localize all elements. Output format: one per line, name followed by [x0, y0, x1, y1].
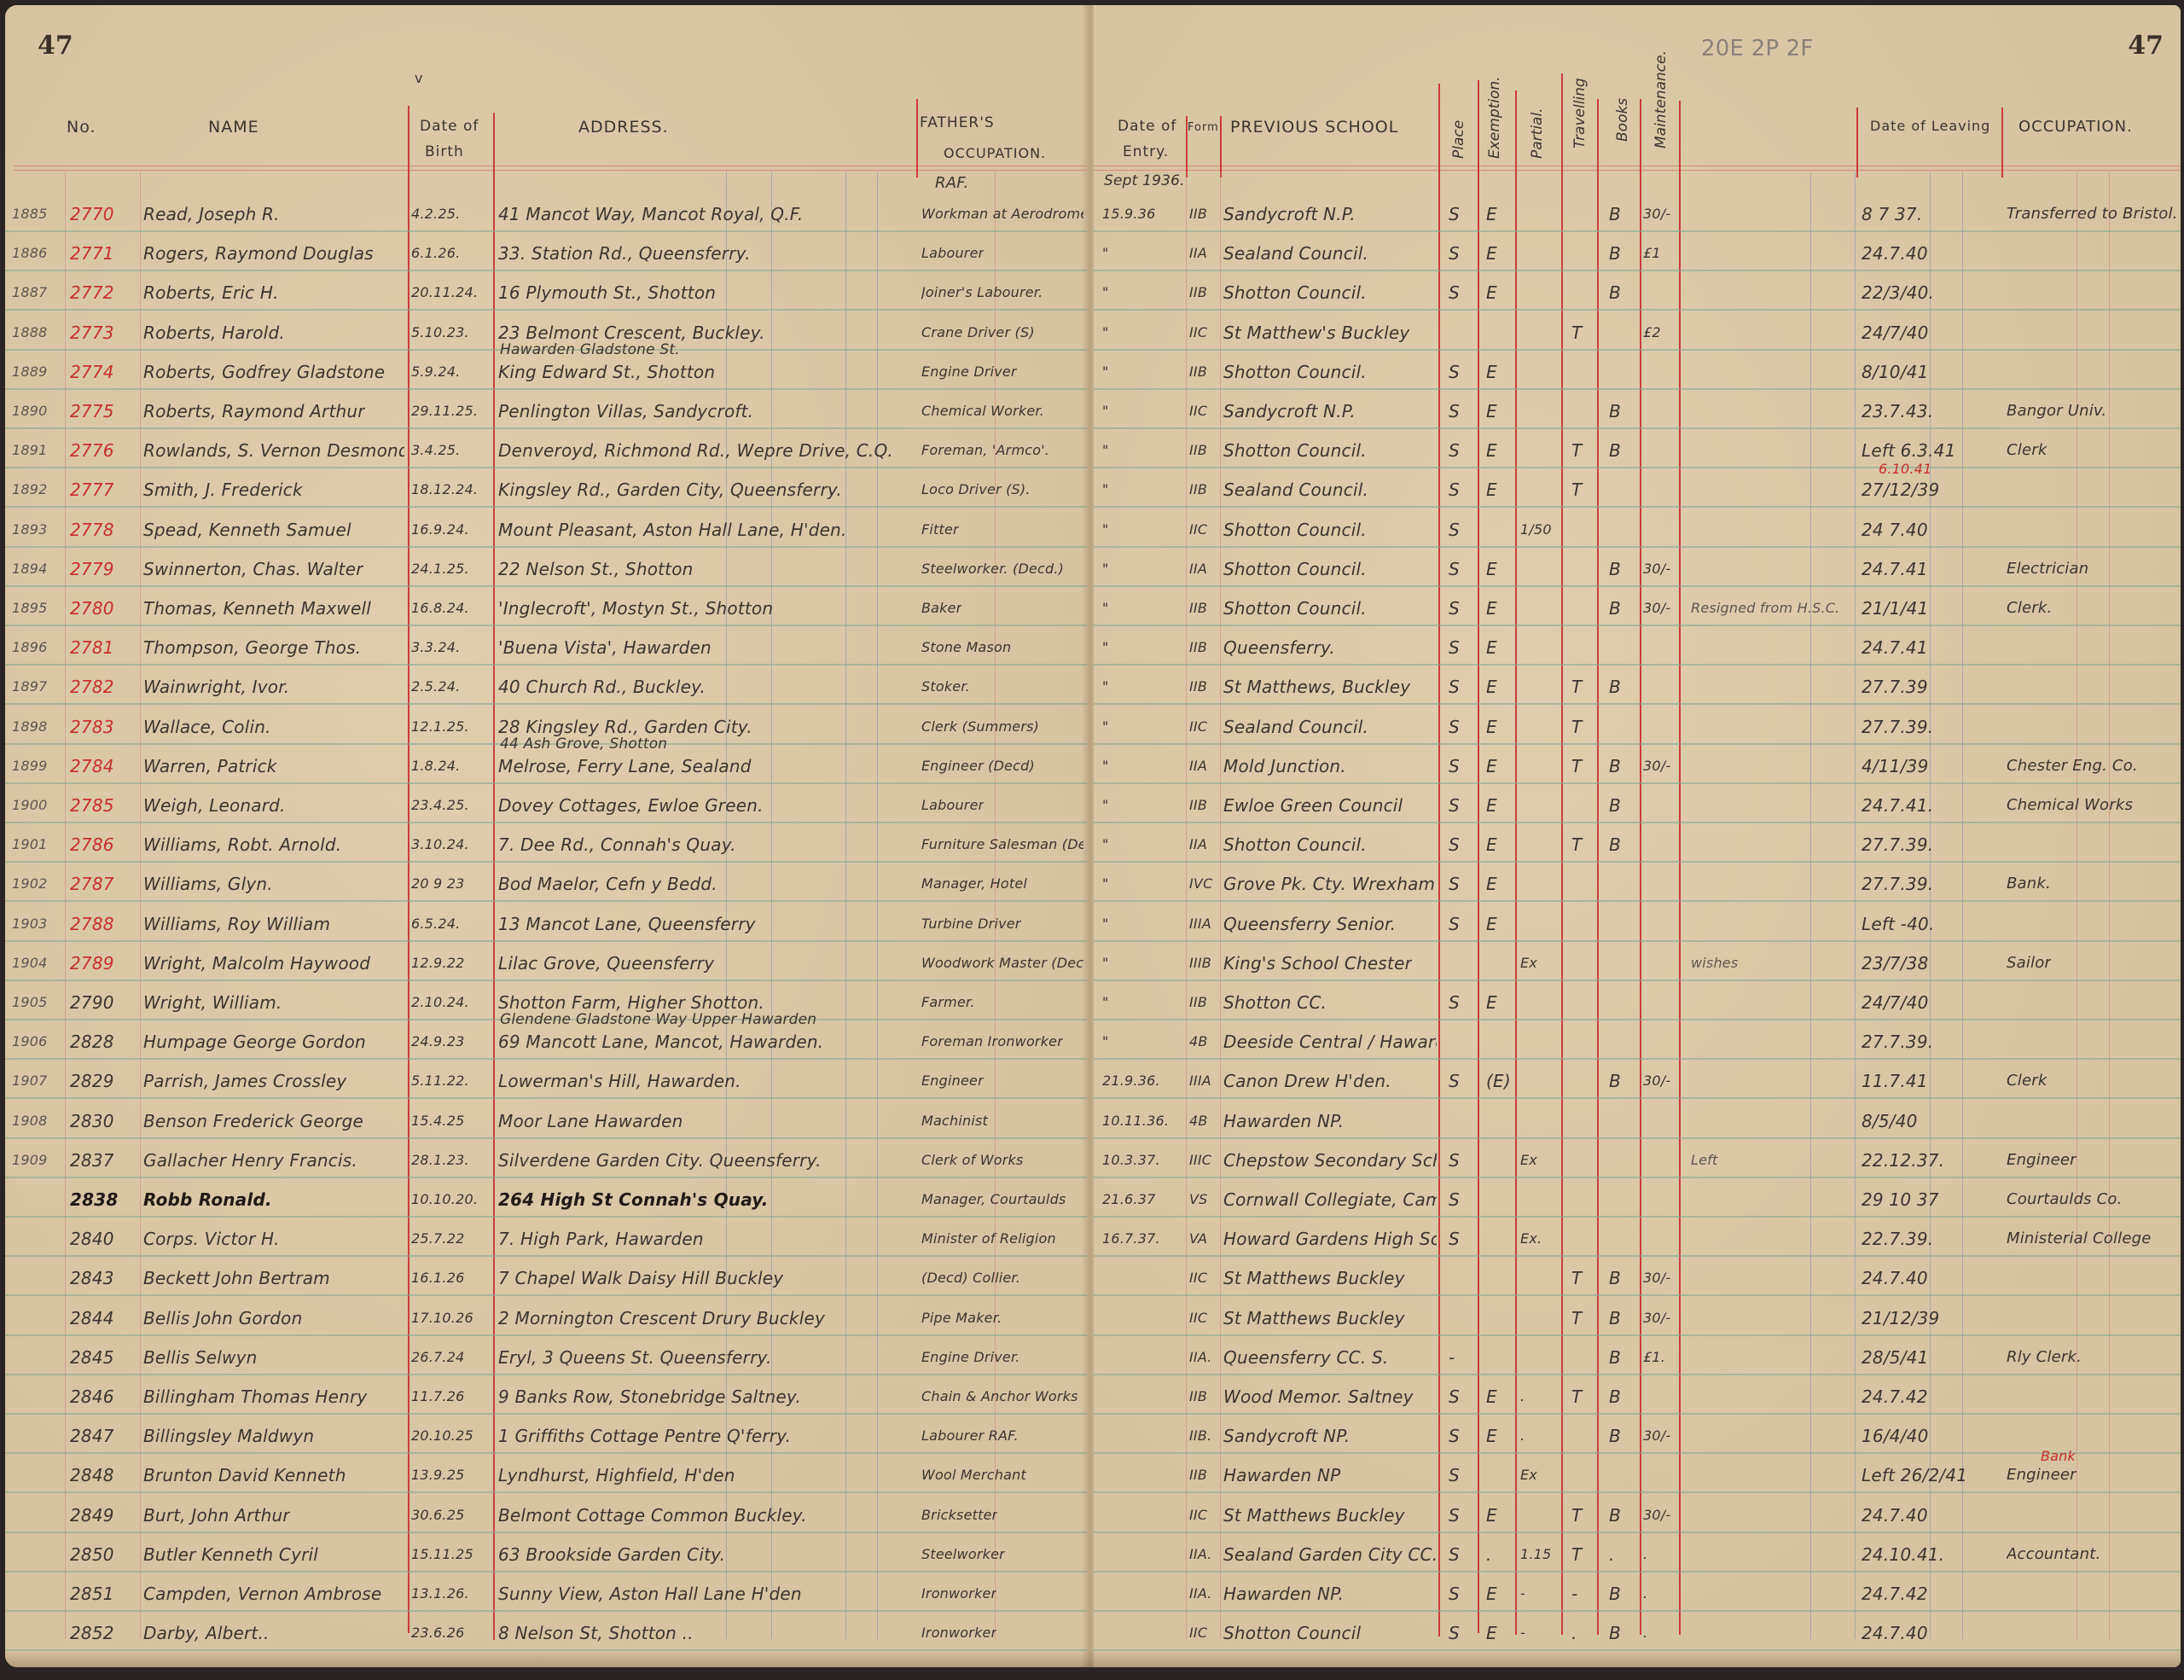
date-of-leaving: 27.7.39.	[1862, 864, 1933, 904]
form: IIA	[1189, 825, 1207, 864]
books-mark: B	[1609, 392, 1621, 431]
admission-number: 2774	[70, 352, 114, 392]
pupil-address: Lilac Grove, Queensferry	[498, 944, 714, 983]
place-mark: S	[1449, 589, 1460, 628]
register-row-right: "IICSealand Council.SET27.7.39.	[1094, 707, 2181, 747]
date-of-entry: 10.11.36.	[1102, 1102, 1169, 1141]
previous-school: Mold Junction.	[1223, 747, 1346, 786]
register-row-right: "IIBEwloe Green CouncilSEB24.7.41.Chemic…	[1094, 786, 2181, 825]
pupil-name: Rowlands, S. Vernon Desmond	[143, 431, 404, 470]
date-of-birth: 24.1.25.	[411, 549, 469, 589]
partial-mark: -	[1520, 1613, 1525, 1653]
father-occupation: Ironworker	[921, 1613, 996, 1653]
travelling-mark: T	[1571, 1496, 1582, 1535]
date-of-entry: "	[1102, 510, 1109, 549]
exemption-mark: E	[1486, 864, 1497, 904]
date-of-leaving: 21/1/41	[1862, 589, 1929, 628]
exemption-mark: E	[1486, 667, 1497, 706]
books-mark: B	[1609, 1299, 1621, 1338]
father-occupation: Stoker.	[921, 667, 970, 706]
header-date-leaving: Date of Leaving	[1870, 118, 1990, 134]
books-mark: B	[1609, 667, 1621, 706]
register-row-right: IICShotton CouncilSE-.B.24.7.40	[1094, 1613, 2181, 1653]
travelling-mark: T	[1571, 1259, 1582, 1298]
date-of-leaving: 23.7.43.	[1862, 392, 1933, 431]
pupil-name: Beckett John Bertram	[143, 1259, 330, 1298]
admission-number: 2788	[70, 904, 114, 944]
pupil-address: 1 Griffiths Cottage Pentre Q'ferry.	[498, 1416, 791, 1456]
admission-number: 2786	[70, 825, 114, 864]
header-entry-2: Entry.	[1123, 143, 1169, 160]
admission-number: 2840	[70, 1219, 114, 1259]
place-mark: S	[1449, 234, 1460, 273]
father-occupation: Labourer	[921, 786, 984, 825]
date-of-leaving: 8/10/41	[1862, 352, 1929, 392]
header-travelling: Travelling	[1571, 78, 1589, 148]
row-index: 1899	[12, 747, 48, 786]
exemption-mark: (E)	[1486, 1061, 1511, 1101]
pupil-address: 33. Station Rd., Queensferry.	[498, 234, 751, 273]
pupil-name: Bellis John Gordon	[143, 1299, 302, 1338]
previous-school: Ewloe Green Council	[1223, 786, 1403, 825]
maintenance-amount: 30/-	[1643, 747, 1670, 786]
date-of-leaving: 24 7.40	[1862, 510, 1928, 549]
pupil-address: Denveroyd, Richmond Rd., Wepre Drive, C.…	[498, 431, 893, 470]
admission-number: 2782	[70, 667, 114, 706]
place-mark: S	[1449, 510, 1460, 549]
register-row-right: IIA.Sealand Garden City CC.S.1.15T..24.1…	[1094, 1535, 2181, 1574]
place-mark: S	[1449, 392, 1460, 431]
right-page: 47 20E 2P 2F Date of Entry. Form PREVIOU…	[1094, 5, 2181, 1667]
subsequent-occupation: Accountant.	[2007, 1535, 2100, 1574]
header-no: No.	[67, 118, 96, 137]
date-of-entry: "	[1102, 983, 1109, 1022]
maintenance-amount: .	[1643, 1574, 1647, 1613]
books-mark: B	[1609, 1416, 1621, 1456]
remarks-note: wishes	[1691, 944, 1738, 983]
date-of-birth: 12.1.25.	[411, 707, 469, 747]
exemption-mark: E	[1486, 904, 1497, 944]
place-mark: S	[1449, 195, 1460, 234]
date-of-birth: 29.11.25.	[411, 392, 478, 431]
father-occupation: Machinist	[921, 1102, 988, 1141]
row-index: 1898	[12, 707, 48, 747]
date-of-birth: 17.10.26	[411, 1299, 473, 1338]
pupil-address: 40 Church Rd., Buckley.	[498, 667, 706, 706]
pupil-name: Butler Kenneth Cyril	[143, 1535, 318, 1574]
maintenance-amount: .	[1643, 1613, 1647, 1653]
previous-school: Shotton Council.	[1223, 589, 1367, 628]
register-row-right: "IIAShotton Council.SETB27.7.39.	[1094, 825, 2181, 864]
partial-mark: Ex.	[1520, 1219, 1542, 1259]
exemption-mark: .	[1486, 1535, 1492, 1574]
date-of-leaving: Left 26/2/41	[1862, 1456, 1967, 1495]
maintenance-amount: 30/-	[1643, 589, 1670, 628]
place-mark: S	[1449, 1219, 1460, 1259]
father-occupation: Chain & Anchor Works	[921, 1377, 1078, 1416]
register-book: 47 v No. NAME Date of Birth ADDRESS. FAT…	[5, 5, 2181, 1667]
header-dob-1: Date of	[420, 118, 479, 135]
form: IIC	[1189, 510, 1207, 549]
form: IIB	[1189, 352, 1207, 392]
pupil-address: 41 Mancot Way, Mancot Royal, Q.F.	[498, 195, 803, 234]
place-mark: S	[1449, 1416, 1460, 1456]
page-number-right: 47	[2128, 31, 2164, 61]
previous-school: St Matthews Buckley	[1223, 1299, 1405, 1338]
admission-number: 2771	[70, 234, 114, 273]
exemption-mark: E	[1486, 1416, 1497, 1456]
address-amendment: 44 Ash Grove, Shotton	[500, 724, 667, 764]
date-of-leaving: 24.7.42	[1862, 1574, 1928, 1613]
remarks-note: Left	[1691, 1141, 1717, 1180]
subsequent-occupation: Sailor	[2007, 944, 2051, 983]
previous-school: St Matthews, Buckley	[1223, 667, 1410, 706]
subsequent-occupation: Chester Eng. Co.	[2007, 747, 2138, 786]
row-index: 1896	[12, 628, 48, 667]
pupil-address: 8 Nelson St, Shotton ..	[498, 1613, 694, 1653]
partial-mark: 1.15	[1520, 1535, 1551, 1574]
place-mark: S	[1449, 1496, 1460, 1535]
place-mark: S	[1449, 667, 1460, 706]
date-of-entry: "	[1102, 352, 1109, 392]
date-of-birth: 12.9.22	[411, 944, 464, 983]
subsequent-occupation: Ministerial College	[2007, 1219, 2152, 1259]
books-mark: B	[1609, 234, 1621, 273]
date-of-leaving: 24/7/40	[1862, 983, 1929, 1022]
header-exemption: Exemption.	[1486, 76, 1503, 159]
admission-number: 2843	[70, 1259, 114, 1298]
pupil-name: Wright, William.	[143, 983, 282, 1022]
register-row-right: 10.3.37.IIICChepstow Secondary Sch.SExLe…	[1094, 1141, 2181, 1180]
date-of-birth: 5.10.23.	[411, 313, 469, 352]
date-of-birth: 16.1.26	[411, 1259, 464, 1298]
form: IIB.	[1189, 1416, 1211, 1456]
pupil-name: Thompson, George Thos.	[143, 628, 361, 667]
admission-number: 2850	[70, 1535, 114, 1574]
books-mark: B	[1609, 1377, 1621, 1416]
father-occupation: Loco Driver (S).	[921, 470, 1031, 509]
father-occupation: Clerk (Summers)	[921, 707, 1039, 747]
register-row-left: 18862771Rogers, Raymond Douglas6.1.26.33…	[5, 234, 1087, 273]
date-of-birth: 5.9.24.	[411, 352, 460, 392]
father-occupation: Steelworker	[921, 1535, 1005, 1574]
form: IIA	[1189, 549, 1207, 589]
register-row-left: 2846Billingham Thomas Henry11.7.269 Bank…	[5, 1377, 1087, 1416]
register-row-right: 21.9.36.IIIACanon Drew H'den.S(E)B30/-11…	[1094, 1061, 2181, 1101]
date-of-entry: "	[1102, 944, 1109, 983]
date-of-birth: 18.12.24.	[411, 470, 478, 509]
register-row-right: IICSt Matthews BuckleyTB30/-24.7.40	[1094, 1259, 2181, 1298]
travelling-mark: -	[1571, 1574, 1577, 1613]
date-of-leaving: 23/7/38	[1862, 944, 1929, 983]
date-of-entry: "	[1102, 864, 1109, 904]
register-row-left: 2838Robb Ronald.10.10.20.264 High St Con…	[5, 1180, 1087, 1219]
pupil-address: 2 Mornington Crescent Drury Buckley	[498, 1299, 825, 1338]
row-index: 1906	[12, 1022, 48, 1061]
pupil-name: Smith, J. Frederick	[143, 470, 303, 509]
place-mark: S	[1449, 1141, 1460, 1180]
admission-number: 2790	[70, 983, 114, 1022]
father-note-raf: RAF.	[935, 174, 968, 192]
partial-mark: .	[1520, 1377, 1525, 1416]
form: IIB	[1189, 628, 1207, 667]
date-of-birth: 24.9.23	[411, 1022, 464, 1061]
place-mark: S	[1449, 273, 1460, 312]
date-of-birth: 11.7.26	[411, 1377, 464, 1416]
pupil-name: Parrish, James Crossley	[143, 1061, 346, 1101]
form: IIA	[1189, 747, 1207, 786]
pupil-address: Bod Maelor, Cefn y Bedd.	[498, 864, 717, 904]
place-mark: S	[1449, 864, 1460, 904]
row-index: 1887	[12, 273, 48, 312]
admission-number: 2778	[70, 510, 114, 549]
subsequent-occupation: Bangor Univ.	[2007, 392, 2106, 431]
register-row-left: 2852Darby, Albert..23.6.268 Nelson St, S…	[5, 1613, 1087, 1653]
pupil-address: Kingsley Rd., Garden City, Queensferry.	[498, 470, 842, 509]
register-row-left: 2845Bellis Selwyn26.7.24Eryl, 3 Queens S…	[5, 1338, 1087, 1377]
register-row-left: 19092837Gallacher Henry Francis.28.1.23.…	[5, 1141, 1087, 1180]
pupil-name: Robb Ronald.	[143, 1180, 272, 1219]
register-row-left: 2851Campden, Vernon Ambrose13.1.26.Sunny…	[5, 1574, 1087, 1613]
pupil-address: 'Inglecroft', Mostyn St., Shotton	[498, 589, 773, 628]
row-index: 1892	[12, 470, 48, 509]
date-of-entry: "	[1102, 667, 1109, 706]
travelling-mark: T	[1571, 1377, 1582, 1416]
date-of-leaving: 27.7.39	[1862, 667, 1928, 706]
register-row-left: 18932778Spead, Kenneth Samuel16.9.24.Mou…	[5, 510, 1087, 549]
books-mark: B	[1609, 1496, 1621, 1535]
date-of-birth: 26.7.24	[411, 1338, 464, 1377]
previous-school: Wood Memor. Saltney	[1223, 1377, 1414, 1416]
register-row-right: IIB.Sandycroft NP.SE.B30/-16/4/40	[1094, 1416, 2181, 1456]
row-index: 1897	[12, 667, 48, 706]
place-mark: S	[1449, 470, 1460, 509]
left-page: 47 v No. NAME Date of Birth ADDRESS. FAT…	[5, 5, 1087, 1667]
admission-number: 2772	[70, 273, 114, 312]
date-of-birth: 23.6.26	[411, 1613, 464, 1653]
register-row-right: "IIBShotton Council.SEB30/-Resigned from…	[1094, 589, 2181, 628]
books-mark: B	[1609, 1338, 1621, 1377]
pupil-address: 63 Brookside Garden City.	[498, 1535, 725, 1574]
travelling-mark: T	[1571, 431, 1582, 470]
register-row-left: 18992784Warren, Patrick1.8.24.Melrose, F…	[5, 747, 1087, 786]
father-occupation: Crane Driver (S)	[921, 313, 1035, 352]
form: IIA.	[1189, 1535, 1212, 1574]
date-of-leaving: 24.10.41.	[1862, 1535, 1944, 1574]
admission-number: 2846	[70, 1377, 114, 1416]
pupil-address: Penlington Villas, Sandycroft.	[498, 392, 753, 431]
register-row-left: 19032788Williams, Roy William6.5.24.13 M…	[5, 904, 1087, 944]
place-mark: S	[1449, 549, 1460, 589]
admission-number: 2828	[70, 1022, 114, 1061]
admission-number: 2838	[70, 1180, 118, 1219]
place-mark: S	[1449, 786, 1460, 825]
date-of-leaving: 27.7.39.	[1862, 825, 1933, 864]
previous-school: St Matthew's Buckley	[1223, 313, 1409, 352]
pupil-name: Corps. Victor H.	[143, 1219, 280, 1259]
row-index: 1903	[12, 904, 48, 944]
pupil-name: Gallacher Henry Francis.	[143, 1141, 357, 1180]
form: IIB	[1189, 273, 1207, 312]
admission-number: 2851	[70, 1574, 114, 1613]
form: VS	[1189, 1180, 1208, 1219]
date-of-leaving: 22.7.39.	[1862, 1219, 1933, 1259]
books-mark: B	[1609, 1259, 1621, 1298]
header-name: NAME	[208, 118, 259, 137]
father-occupation: Stone Mason	[921, 628, 1011, 667]
header-entry-1: Date of	[1118, 118, 1176, 135]
form: IIC	[1189, 1299, 1207, 1338]
pupil-name: Roberts, Godfrey Gladstone	[143, 352, 385, 392]
form: IIB	[1189, 431, 1207, 470]
books-mark: .	[1609, 1535, 1615, 1574]
previous-school: Shotton Council	[1223, 1613, 1361, 1653]
date-of-leaving: 27.7.39.	[1862, 1022, 1933, 1061]
maintenance-amount: 30/-	[1643, 549, 1670, 589]
pupil-name: Williams, Roy William	[143, 904, 330, 944]
partial-mark: Ex	[1520, 1456, 1537, 1495]
admission-number: 2848	[70, 1456, 114, 1495]
pupil-name: Wright, Malcolm Haywood	[143, 944, 370, 983]
admission-number: 2837	[70, 1141, 114, 1180]
form: IIB	[1189, 667, 1207, 706]
previous-school: St Matthews Buckley	[1223, 1496, 1405, 1535]
pupil-address: 264 High St Connah's Quay.	[498, 1180, 769, 1219]
exemption-mark: E	[1486, 628, 1497, 667]
previous-school: Howard Gardens High School Cardiff.	[1223, 1219, 1437, 1259]
previous-school: Cornwall Collegiate, Camden	[1223, 1180, 1437, 1219]
exemption-mark: E	[1486, 786, 1497, 825]
form: IIB	[1189, 786, 1207, 825]
pupil-address: Eryl, 3 Queens St. Queensferry.	[498, 1338, 772, 1377]
exemption-mark: E	[1486, 707, 1497, 747]
date-of-leaving: 27.7.39.	[1862, 707, 1933, 747]
register-row-right: "IIBShotton Council.SE8/10/41	[1094, 352, 2181, 392]
date-of-entry: "	[1102, 825, 1109, 864]
father-occupation: Clerk of Works	[921, 1141, 1024, 1180]
place-mark: S	[1449, 1574, 1460, 1613]
previous-school: Shotton CC.	[1223, 983, 1327, 1022]
register-row-right: 21.6.37VSCornwall Collegiate, CamdenS29 …	[1094, 1180, 2181, 1219]
subsequent-occupation: Courtaulds Co.	[2007, 1180, 2123, 1219]
address-amendment: Glendene Gladstone Way Upper Hawarden	[500, 1000, 816, 1039]
pupil-name: Williams, Glyn.	[143, 864, 273, 904]
books-mark: B	[1609, 195, 1621, 234]
pencil-note: 20E 2P 2F	[1701, 36, 1814, 61]
place-mark: S	[1449, 825, 1460, 864]
form: IIC	[1189, 707, 1207, 747]
page-number-left: 47	[38, 31, 73, 61]
register-row-left: 18962781Thompson, George Thos.3.3.24.'Bu…	[5, 628, 1087, 667]
travelling-mark: T	[1571, 313, 1582, 352]
date-of-birth: 23.4.25.	[411, 786, 469, 825]
register-row-right: 16.7.37.VAHoward Gardens High School Car…	[1094, 1219, 2181, 1259]
date-of-entry: "	[1102, 470, 1109, 509]
pupil-name: Swinnerton, Chas. Walter	[143, 549, 363, 589]
date-of-birth: 13.1.26.	[411, 1574, 469, 1613]
date-of-leaving: Left -40.	[1862, 904, 1935, 944]
exemption-mark: E	[1486, 1377, 1497, 1416]
register-row-left: 18902775Roberts, Raymond Arthur29.11.25.…	[5, 392, 1087, 431]
form: 4B	[1189, 1022, 1208, 1061]
books-mark: B	[1609, 786, 1621, 825]
register-row-right: "IIIBKing's School ChesterExwishes23/7/3…	[1094, 944, 2181, 983]
register-row-right: IIA.Hawarden NP.SE--B.24.7.42	[1094, 1574, 2181, 1613]
pupil-address: Moor Lane Hawarden	[498, 1102, 682, 1141]
previous-school: Shotton Council.	[1223, 352, 1367, 392]
father-occupation: Engineer (Decd)	[921, 747, 1035, 786]
register-row-right: "IICShotton Council.S1/5024 7.40	[1094, 510, 2181, 549]
admission-number: 2775	[70, 392, 114, 431]
form: IVC	[1189, 864, 1212, 904]
previous-school: Sealand Council.	[1223, 707, 1368, 747]
register-row-left: 19082830Benson Frederick George15.4.25Mo…	[5, 1102, 1087, 1141]
date-of-birth: 3.10.24.	[411, 825, 469, 864]
previous-school: Sandycroft N.P.	[1223, 392, 1356, 431]
remarks-note: Resigned from H.S.C.	[1691, 589, 1839, 628]
date-of-entry: "	[1102, 628, 1109, 667]
date-of-birth: 30.6.25	[411, 1496, 464, 1535]
row-index: 1902	[12, 864, 48, 904]
row-index: 1908	[12, 1102, 48, 1141]
father-occupation: Minister of Religion	[921, 1219, 1056, 1259]
exemption-mark: E	[1486, 273, 1497, 312]
register-row-right: IICSt Matthews BuckleyTB30/-21/12/39	[1094, 1299, 2181, 1338]
register-row-left: 19072829Parrish, James Crossley5.11.22.L…	[5, 1061, 1087, 1101]
maintenance-amount: .	[1643, 1535, 1647, 1574]
pupil-name: Roberts, Raymond Arthur	[143, 392, 365, 431]
admission-number: 2787	[70, 864, 114, 904]
entry-note-sept-1936: Sept 1936.	[1104, 172, 1185, 189]
father-occupation: Foreman, 'Armco'.	[921, 431, 1049, 470]
pupil-name: Rogers, Raymond Douglas	[143, 234, 374, 273]
date-of-birth: 20.11.24.	[411, 273, 478, 312]
pupil-address: 13 Mancot Lane, Queensferry	[498, 904, 756, 944]
father-occupation: Wool Merchant	[921, 1456, 1026, 1495]
row-index: 1886	[12, 234, 48, 273]
maintenance-amount: 30/-	[1643, 1259, 1670, 1298]
header-form: Form	[1188, 121, 1219, 134]
pupil-name: Bellis Selwyn	[143, 1338, 258, 1377]
exemption-mark: E	[1486, 1496, 1497, 1535]
pupil-name: Spead, Kenneth Samuel	[143, 510, 351, 549]
header-rule	[1094, 166, 2181, 171]
form: IIIC	[1189, 1141, 1211, 1180]
maintenance-amount: 30/-	[1643, 1299, 1670, 1338]
admission-number: 2783	[70, 707, 114, 747]
admission-number: 2847	[70, 1416, 114, 1456]
register-row-right: "IVCGrove Pk. Cty. WrexhamSE27.7.39.Bank…	[1094, 864, 2181, 904]
row-index: 1894	[12, 549, 48, 589]
father-occupation: Manager, Hotel	[921, 864, 1027, 904]
father-occupation: Labourer	[921, 234, 984, 273]
pupil-address: Belmont Cottage Common Buckley.	[498, 1496, 807, 1535]
row-index: 1891	[12, 431, 48, 470]
previous-school: Queensferry.	[1223, 628, 1335, 667]
register-row-left: 18972782Wainwright, Ivor.2.5.24.40 Churc…	[5, 667, 1087, 706]
father-occupation: Engine Driver	[921, 352, 1017, 392]
header-place: Place	[1450, 120, 1467, 159]
header-maintenance: Maintenance.	[1653, 50, 1670, 148]
register-row-right: "4BDeeside Central / Hawarden N.P.27.7.3…	[1094, 1022, 2181, 1061]
page-edge-shadow	[5, 1650, 2181, 1667]
exemption-mark: E	[1486, 825, 1497, 864]
form: IIIB	[1189, 944, 1211, 983]
previous-school: Queensferry Senior.	[1223, 904, 1396, 944]
row-index: 1885	[12, 195, 48, 234]
pupil-name: Roberts, Eric H.	[143, 273, 279, 312]
date-of-leaving: 24/7/40	[1862, 313, 1929, 352]
